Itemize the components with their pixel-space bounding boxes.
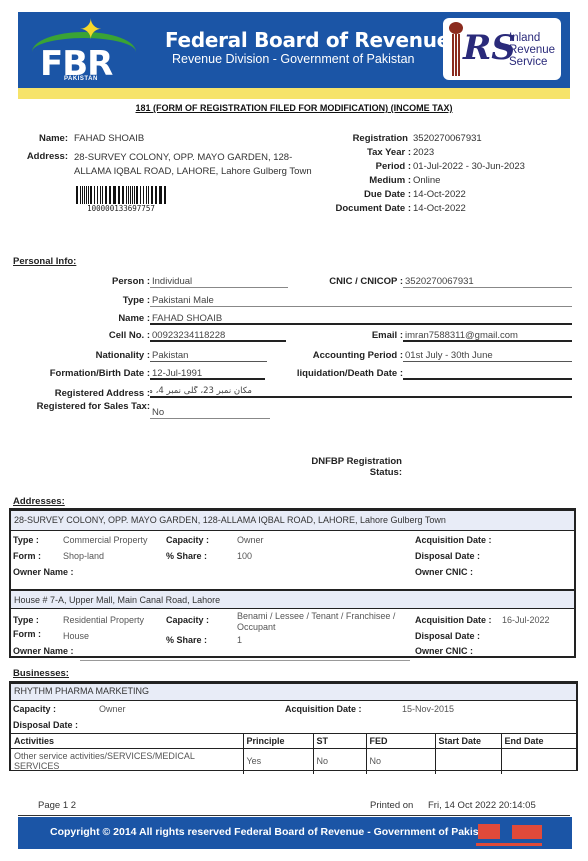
form-label: Form : bbox=[13, 551, 41, 561]
watermark-shape bbox=[476, 843, 542, 846]
birth-date-label: Formation/Birth Date : bbox=[20, 368, 150, 379]
cnic-field: 3520270067931 bbox=[403, 276, 572, 288]
table-cell: Other service activities/SERVICES/MEDICA… bbox=[11, 749, 243, 774]
copyright-text: Copyright © 2014 All rights reserved Fed… bbox=[50, 826, 494, 838]
business-details: Capacity : Owner Acquisition Date : 15-N… bbox=[11, 701, 576, 733]
table-cell bbox=[501, 749, 576, 774]
table-cell: No bbox=[313, 749, 366, 774]
table-row: Other service activities/SERVICES/MEDICA… bbox=[11, 749, 576, 774]
header-stripe bbox=[18, 88, 570, 99]
medium-value: Online bbox=[413, 175, 440, 186]
column-header: Principle bbox=[243, 734, 313, 749]
address-header: House # 7-A, Upper Mall, Main Canal Road… bbox=[11, 589, 574, 609]
acquisition-value: 16-Jul-2022 bbox=[502, 615, 550, 625]
personal-info-heading: Personal Info: bbox=[13, 256, 76, 267]
disposal-label: Disposal Date : bbox=[13, 720, 78, 730]
column-header: Start Date bbox=[435, 734, 501, 749]
column-header: FED bbox=[366, 734, 435, 749]
registered-address-field: مکان نمبر 23، گلی نمبر 4، محلہ مصری شاہ … bbox=[150, 386, 572, 398]
share-label: % Share : bbox=[166, 551, 207, 561]
type-field: Pakistani Male bbox=[150, 295, 572, 307]
type-value: Commercial Property bbox=[63, 535, 148, 545]
email-label: Email : bbox=[300, 330, 403, 341]
page-number: Page 1 2 bbox=[38, 800, 76, 811]
form-label: Form : bbox=[13, 629, 41, 639]
irs-logo: RS Inland Revenue Service bbox=[443, 18, 561, 80]
owner-cnic-label: Owner CNIC : bbox=[415, 567, 473, 577]
capacity-label: Capacity : bbox=[13, 704, 56, 714]
email-field: imran7588311@gmail.com bbox=[403, 330, 572, 342]
watermark-shape bbox=[512, 825, 542, 839]
share-label: % Share : bbox=[166, 635, 207, 645]
irs-line: Inland bbox=[509, 32, 555, 44]
summary-name-label: Name: bbox=[18, 133, 68, 144]
activities-table: ActivitiesPrincipleSTFEDStart DateEnd Da… bbox=[11, 733, 576, 774]
birth-date-field: 12-Jul-1991 bbox=[150, 368, 265, 380]
acquisition-label: Acquisition Date : bbox=[415, 535, 492, 545]
summary-address-label: Address: bbox=[18, 151, 68, 162]
address-details: Type : Residential Property Capacity : B… bbox=[11, 609, 574, 659]
type-label: Type : bbox=[13, 615, 39, 625]
type-label: Type : bbox=[60, 295, 150, 306]
death-date-label: liquidation/Death Date : bbox=[270, 368, 403, 379]
due-date-value: 14-Oct-2022 bbox=[413, 189, 466, 200]
cnic-label: CNIC / CNICOP : bbox=[290, 276, 403, 287]
fbr-logo-subtext: PAKISTAN bbox=[64, 76, 98, 82]
share-value: 100 bbox=[237, 551, 252, 561]
address-header: 28-SURVEY COLONY, OPP. MAYO GARDEN, 128-… bbox=[11, 511, 574, 531]
summary-name: FAHAD SHOAIB bbox=[74, 133, 144, 144]
barcode bbox=[76, 186, 166, 204]
nationality-label: Nationality : bbox=[40, 350, 150, 361]
dnfbp-label-line: DNFBP Registration bbox=[290, 456, 402, 467]
acquisition-value: 15-Nov-2015 bbox=[402, 704, 454, 714]
owner-name-label: Owner Name : bbox=[13, 567, 74, 577]
dnfbp-label-line: Status: bbox=[290, 467, 402, 478]
period-label: Period : bbox=[320, 161, 411, 172]
owner-cnic-label: Owner CNIC : bbox=[415, 646, 473, 656]
table-cell: No bbox=[366, 749, 435, 774]
cell-label: Cell No. : bbox=[60, 330, 150, 341]
irs-line: Revenue bbox=[509, 44, 555, 56]
medium-label: Medium : bbox=[320, 175, 411, 186]
footer-divider bbox=[18, 815, 570, 816]
form-value: House bbox=[63, 631, 89, 641]
irs-line: Service bbox=[509, 56, 555, 68]
share-value: 1 bbox=[237, 635, 242, 645]
address-details: Type : Commercial Property Capacity : Ow… bbox=[11, 531, 574, 589]
accounting-period-field: 01st July - 30th June bbox=[403, 350, 572, 362]
name-label: Name : bbox=[60, 313, 150, 324]
document-date-value: 14-Oct-2022 bbox=[413, 203, 466, 214]
capacity-value: Benami / Lessee / Tenant / Franchisee / … bbox=[237, 611, 415, 633]
column-header: ST bbox=[313, 734, 366, 749]
type-value: Residential Property bbox=[63, 615, 144, 625]
period-value: 01-Jul-2022 - 30-Jun-2023 bbox=[413, 161, 525, 172]
disposal-label: Disposal Date : bbox=[415, 551, 480, 561]
column-header: End Date bbox=[501, 734, 576, 749]
registration-label: Registration bbox=[320, 133, 408, 144]
star-icon: ✦ bbox=[79, 16, 102, 44]
barcode-number: 100000133697757 bbox=[76, 204, 166, 213]
tax-year-label: Tax Year : bbox=[320, 147, 411, 158]
column-header: Activities bbox=[11, 734, 243, 749]
disposal-label: Disposal Date : bbox=[415, 631, 480, 641]
capacity-value: Owner bbox=[237, 535, 264, 545]
pillar-icon bbox=[449, 22, 463, 76]
irs-logo-text: Inland Revenue Service bbox=[509, 32, 555, 68]
type-label: Type : bbox=[13, 535, 39, 545]
divider bbox=[80, 660, 410, 661]
business-name: RHYTHM PHARMA MARKETING bbox=[11, 684, 576, 701]
irs-mark: RS bbox=[463, 28, 516, 68]
name-field: FAHAD SHOAIB bbox=[150, 313, 572, 325]
header-title: Federal Board of Revenue bbox=[165, 28, 450, 52]
businesses-heading: Businesses: bbox=[13, 668, 69, 679]
owner-name-label: Owner Name : bbox=[13, 646, 74, 656]
activities-header-row: ActivitiesPrincipleSTFEDStart DateEnd Da… bbox=[11, 734, 576, 749]
watermark-shape bbox=[478, 824, 500, 839]
acquisition-label: Acquisition Date : bbox=[285, 704, 362, 714]
document-date-label: Document Date : bbox=[300, 203, 411, 214]
businesses-table: RHYTHM PHARMA MARKETING Capacity : Owner… bbox=[9, 681, 578, 771]
acquisition-label: Acquisition Date : bbox=[415, 615, 492, 625]
person-field: Individual bbox=[150, 276, 288, 288]
capacity-value: Owner bbox=[99, 704, 126, 714]
accounting-period-label: Accounting Period : bbox=[280, 350, 403, 361]
sales-tax-field: No bbox=[150, 407, 270, 419]
cell-field: 00923234118228 bbox=[150, 330, 286, 342]
address-line: 28-SURVEY COLONY, OPP. MAYO GARDEN, 128- bbox=[74, 151, 334, 165]
registered-address-label: Registered Address : bbox=[20, 388, 150, 399]
printed-label: Printed on bbox=[370, 800, 413, 811]
tax-year-value: 2023 bbox=[413, 147, 434, 158]
form-value: Shop-land bbox=[63, 551, 104, 561]
header-subtitle: Revenue Division - Government of Pakista… bbox=[172, 52, 414, 66]
addresses-heading: Addresses: bbox=[13, 496, 65, 507]
person-label: Person : bbox=[60, 276, 150, 287]
addresses-table: 28-SURVEY COLONY, OPP. MAYO GARDEN, 128-… bbox=[9, 508, 576, 658]
form-title: 181 (FORM OF REGISTRATION FILED FOR MODI… bbox=[0, 103, 588, 113]
due-date-label: Due Date : bbox=[300, 189, 411, 200]
sales-tax-label: Registered for Sales Tax: bbox=[15, 401, 150, 412]
registration-value: 3520270067931 bbox=[413, 133, 482, 144]
table-cell: Yes bbox=[243, 749, 313, 774]
fbr-logo: ✦ FBR PAKISTAN bbox=[30, 14, 140, 86]
dnfbp-label: DNFBP Registration Status: bbox=[290, 456, 402, 478]
capacity-label: Capacity : bbox=[166, 535, 209, 545]
summary-address: 28-SURVEY COLONY, OPP. MAYO GARDEN, 128-… bbox=[74, 151, 334, 179]
table-cell bbox=[435, 749, 501, 774]
capacity-label: Capacity : bbox=[166, 615, 209, 625]
death-date-field bbox=[403, 368, 572, 380]
nationality-field: Pakistan bbox=[150, 350, 267, 362]
address-line: ALLAMA IQBAL ROAD, LAHORE, Lahore Gulber… bbox=[74, 165, 334, 179]
printed-on: Fri, 14 Oct 2022 20:14:05 bbox=[428, 800, 536, 811]
